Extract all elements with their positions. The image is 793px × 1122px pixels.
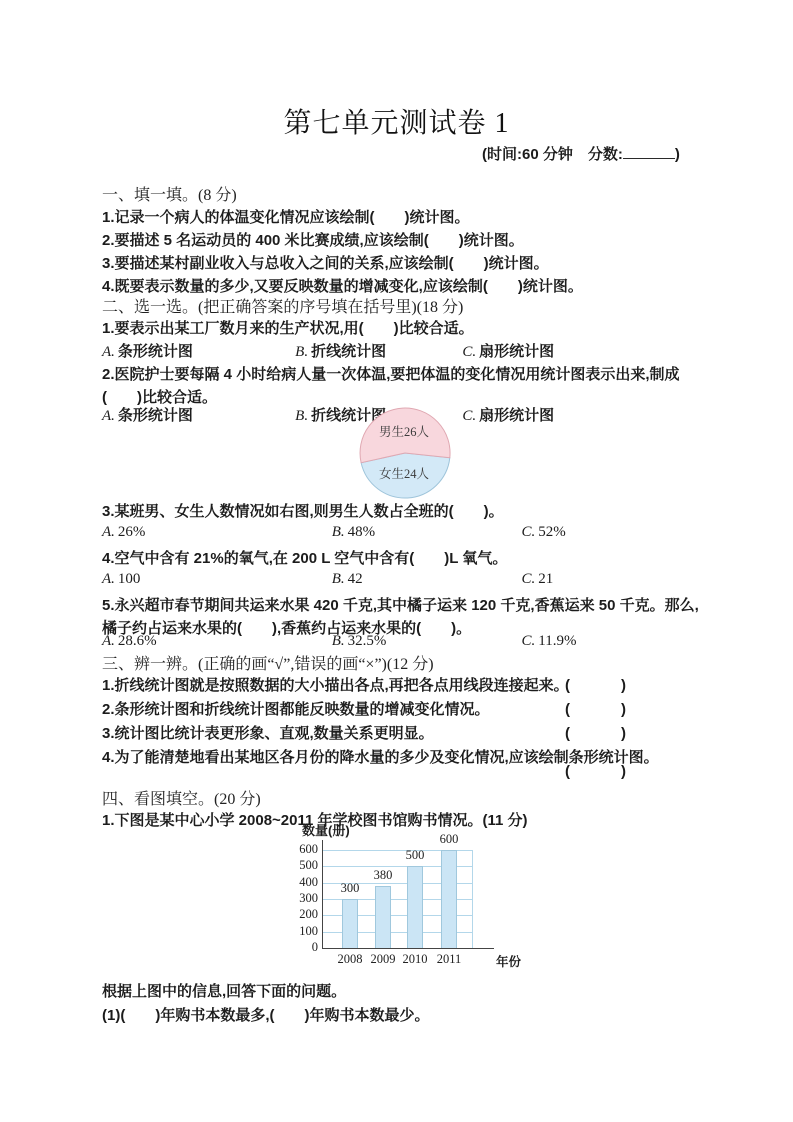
y-axis-line bbox=[322, 840, 323, 948]
judge-item-3: 3.统计图比统计表更形象、直观,数量关系更明显。 ( ) bbox=[102, 722, 434, 743]
fill-item-4: 4.既要表示数量的多少,又要反映数量的增减变化,应该绘制( )统计图。 bbox=[102, 275, 583, 296]
book-purchase-bar-chart: 数量(册)01002003004005006003002008380200950… bbox=[296, 820, 526, 972]
y-tick-label: 600 bbox=[296, 842, 318, 857]
judge-paren-2: ( ) bbox=[565, 698, 644, 719]
exam-meta-suffix: ) bbox=[675, 146, 680, 163]
q3-option-b: B.48% bbox=[332, 524, 518, 541]
choice-q1-options: A.条形统计图 B.折线统计图 C.扇形统计图 bbox=[102, 340, 554, 361]
section4-heading: 四、看图填空。(20 分) bbox=[102, 786, 261, 809]
bar-value-label: 380 bbox=[365, 868, 401, 883]
choice-q2-options: A.条形统计图 B.折线统计图 C.扇形统计图 bbox=[102, 404, 554, 425]
judge-paren-4: ( ) bbox=[565, 760, 644, 781]
page-title: 第七单元测试卷 1 bbox=[0, 101, 793, 141]
q5-option-c: C.11.9% bbox=[522, 633, 577, 649]
fill-item-2: 2.要描述 5 名运动员的 400 米比赛成绩,应该绘制( )统计图。 bbox=[102, 229, 524, 250]
q4-option-a: A.100 bbox=[102, 571, 328, 588]
bar bbox=[342, 899, 358, 948]
gender-pie-chart: 男生26人 女生24人 bbox=[357, 405, 453, 501]
fill-item-1: 1.记录一个病人的体温变化情况应该绘制( )统计图。 bbox=[102, 206, 470, 227]
pie-label-female: 女生24人 bbox=[379, 466, 430, 481]
x-tick-label: 2008 bbox=[332, 952, 368, 967]
q5-option-a: A.28.6% bbox=[102, 633, 328, 650]
bar bbox=[441, 850, 457, 948]
chart-question-1: (1)( )年购书本数最多,( )年购书本数最少。 bbox=[102, 1004, 429, 1025]
x-tick-label: 2011 bbox=[431, 952, 467, 967]
q1-option-c: C.扇形统计图 bbox=[462, 343, 554, 360]
fill-item-3: 3.要描述某村副业收入与总收入之间的关系,应该绘制( )统计图。 bbox=[102, 252, 549, 273]
choice-q1: 1.要表示出某工厂数月来的生产状况,用( )比较合适。 bbox=[102, 317, 474, 338]
section1-heading: 一、填一填。(8 分) bbox=[102, 182, 237, 205]
y-tick-label: 400 bbox=[296, 875, 318, 890]
x-axis-label: 年份 bbox=[496, 952, 521, 970]
choice-q4-options: A.100 B.42 C.21 bbox=[102, 571, 553, 588]
score-blank bbox=[623, 145, 675, 159]
x-tick-label: 2009 bbox=[365, 952, 401, 967]
q5-option-b: B.32.5% bbox=[332, 633, 518, 650]
bar bbox=[407, 866, 423, 948]
q1-option-a: A.条形统计图 bbox=[102, 340, 291, 361]
section2-heading: 二、选一选。(把正确答案的序号填在括号里)(18 分) bbox=[102, 294, 463, 317]
y-tick-label: 200 bbox=[296, 907, 318, 922]
y-tick-label: 100 bbox=[296, 924, 318, 939]
judge-item-1: 1.折线统计图就是按照数据的大小描出各点,再把各点用线段连接起来。 ( ) bbox=[102, 674, 569, 695]
exam-meta-prefix: (时间:60 分钟 分数: bbox=[482, 146, 623, 163]
bar-value-label: 600 bbox=[431, 832, 467, 847]
judge-item-2: 2.条形统计图和折线统计图都能反映数量的增减变化情况。 ( ) bbox=[102, 698, 490, 719]
y-tick-label: 0 bbox=[296, 940, 318, 955]
choice-q3-options: A.26% B.48% C.52% bbox=[102, 524, 566, 541]
choice-q5-options: A.28.6% B.32.5% C.11.9% bbox=[102, 633, 576, 650]
plot-right-border bbox=[472, 850, 473, 948]
q4-option-c: C.21 bbox=[522, 571, 554, 587]
y-tick-label: 300 bbox=[296, 891, 318, 906]
pie-label-male: 男生26人 bbox=[379, 424, 430, 439]
y-axis-label: 数量(册) bbox=[302, 820, 350, 839]
q2-option-a: A.条形统计图 bbox=[102, 404, 291, 425]
q4-option-b: B.42 bbox=[332, 571, 518, 588]
choice-q2-line1: 2.医院护士要每隔 4 小时给病人量一次体温,要把体温的变化情况用统计图表示出来… bbox=[102, 363, 680, 384]
test-paper-page: 第七单元测试卷 1 (时间:60 分钟 分数:) 一、填一填。(8 分) 1.记… bbox=[0, 0, 793, 1122]
section3-heading: 三、辨一辨。(正确的画“√”,错误的画“×”)(12 分) bbox=[102, 651, 434, 674]
judge-paren-1: ( ) bbox=[565, 674, 644, 695]
bar-value-label: 300 bbox=[332, 881, 368, 896]
bar bbox=[375, 886, 391, 948]
choice-q3: 3.某班男、女生人数情况如右图,则男生人数占全班的( )。 bbox=[102, 500, 504, 521]
q1-option-b: B.折线统计图 bbox=[295, 340, 458, 361]
y-tick-label: 500 bbox=[296, 858, 318, 873]
q2-option-c: C.扇形统计图 bbox=[462, 407, 554, 424]
q3-option-c: C.52% bbox=[522, 524, 566, 540]
choice-q5-line1: 5.永兴超市春节期间共运来水果 420 千克,其中橘子运来 120 千克,香蕉运… bbox=[102, 594, 699, 615]
choice-q4: 4.空气中含有 21%的氧气,在 200 L 空气中含有( )L 氧气。 bbox=[102, 547, 507, 568]
chart-followup: 根据上图中的信息,回答下面的问题。 bbox=[102, 980, 346, 1001]
x-tick-label: 2010 bbox=[397, 952, 433, 967]
exam-meta: (时间:60 分钟 分数:) bbox=[482, 143, 680, 164]
judge-paren-3: ( ) bbox=[565, 722, 644, 743]
q3-option-a: A.26% bbox=[102, 524, 328, 541]
bar-value-label: 500 bbox=[397, 848, 433, 863]
x-axis-line bbox=[322, 948, 494, 949]
